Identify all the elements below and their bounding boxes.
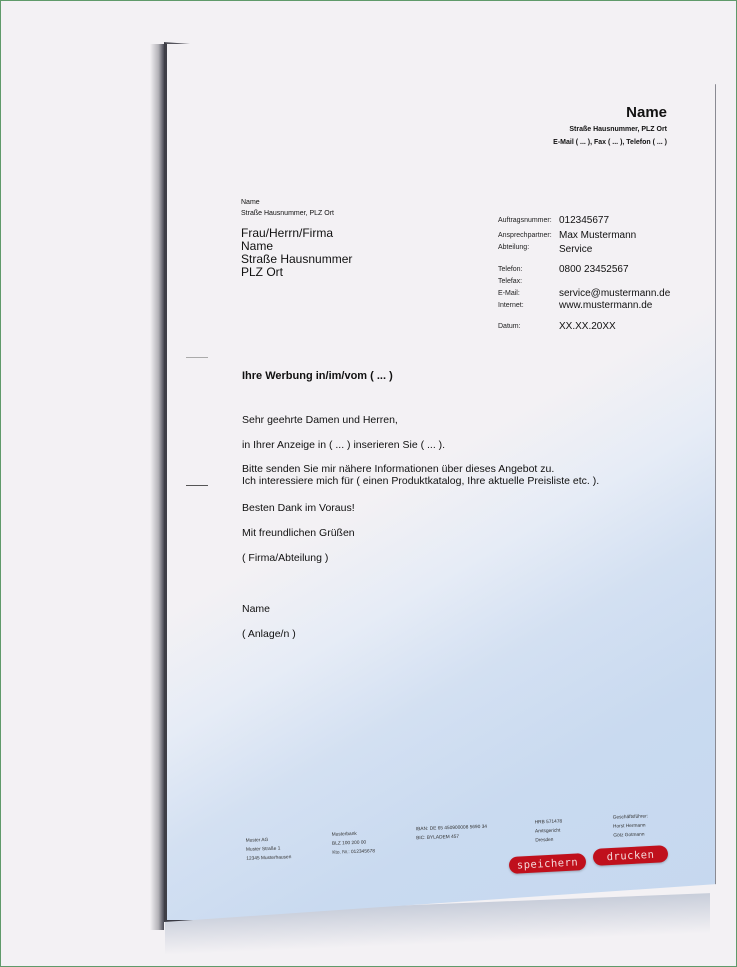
info-label-order-number: Auftragsnummer: — [498, 217, 552, 224]
recipient-line: PLZ Ort — [241, 266, 352, 279]
footer-manager-2: Götz Gotmann — [613, 830, 649, 840]
footer-company-city: 12345 Musterhausen — [246, 853, 291, 864]
signature-name: Name — [242, 603, 270, 615]
info-label-email: E-Mail: — [498, 290, 520, 297]
sender-name: Name — [626, 104, 667, 121]
page-shadow — [150, 44, 164, 930]
sender-contact: E-Mail ( ... ), Fax ( ... ), Telefon ( .… — [553, 139, 667, 146]
return-address-name: Name — [241, 199, 260, 206]
footer-court-city: Dresden — [535, 836, 563, 846]
fold-mark — [186, 357, 208, 358]
info-value-date: XX.XX.20XX — [559, 321, 616, 332]
sender-address: Straße Hausnummer, PLZ Ort — [569, 126, 667, 133]
signature-company: ( Firma/Abteilung ) — [242, 552, 328, 564]
footer-account-number: Kto. Nr.: 012345678 — [332, 847, 375, 857]
closing-line: Mit freundlichen Grüßen — [242, 527, 355, 539]
info-value-internet: www.mustermann.de — [559, 300, 652, 311]
info-label-contact-person: Ansprechpartner: — [498, 232, 552, 239]
salutation: Sehr geehrte Damen und Herren, — [242, 414, 398, 426]
footer-register: HRB 571478 Amtsgericht Dresden — [535, 818, 563, 846]
punch-mark — [186, 485, 208, 486]
recipient-block: Frau/Herrn/Firma Name Straße Hausnummer … — [241, 227, 352, 279]
footer-management: Geschäftsführer: Horst Hermann Götz Gotm… — [613, 812, 649, 840]
info-value-contact-person: Max Mustermann — [559, 230, 636, 241]
info-label-date: Datum: — [498, 323, 521, 330]
info-value-email: service@mustermann.de — [559, 288, 670, 299]
footer-company: Muster AG Muster Straße 1 12345 Musterha… — [246, 835, 292, 864]
thanks-line: Besten Dank im Voraus! — [242, 502, 355, 514]
footer-iban: IBAN: DE 65 450900008 5690 34 BIC: BYLAD… — [416, 823, 488, 843]
body-paragraph-2-line-1: Bitte senden Sie mir nähere Informatione… — [242, 463, 554, 475]
footer-bank: Musterbank BLZ 100 200 00 Kto. Nr.: 0123… — [332, 829, 376, 857]
body-paragraph-2-line-2: Ich interessiere mich für ( einen Produk… — [242, 475, 599, 487]
info-label-internet: Internet: — [498, 302, 524, 309]
info-value-department: Service — [559, 244, 592, 255]
body-paragraph-1: in Ihrer Anzeige in ( ... ) inserieren S… — [242, 439, 445, 451]
info-label-phone: Telefon: — [498, 266, 523, 273]
enclosures: ( Anlage/n ) — [242, 628, 296, 640]
return-address-street: Straße Hausnummer, PLZ Ort — [241, 210, 334, 217]
info-value-order-number: 012345677 — [559, 215, 609, 226]
info-label-department: Abteilung: — [498, 244, 529, 251]
letter-subject: Ihre Werbung in/im/vom ( ... ) — [242, 370, 393, 382]
info-label-fax: Telefax: — [498, 278, 522, 285]
info-value-phone: 0800 23452567 — [559, 264, 629, 275]
